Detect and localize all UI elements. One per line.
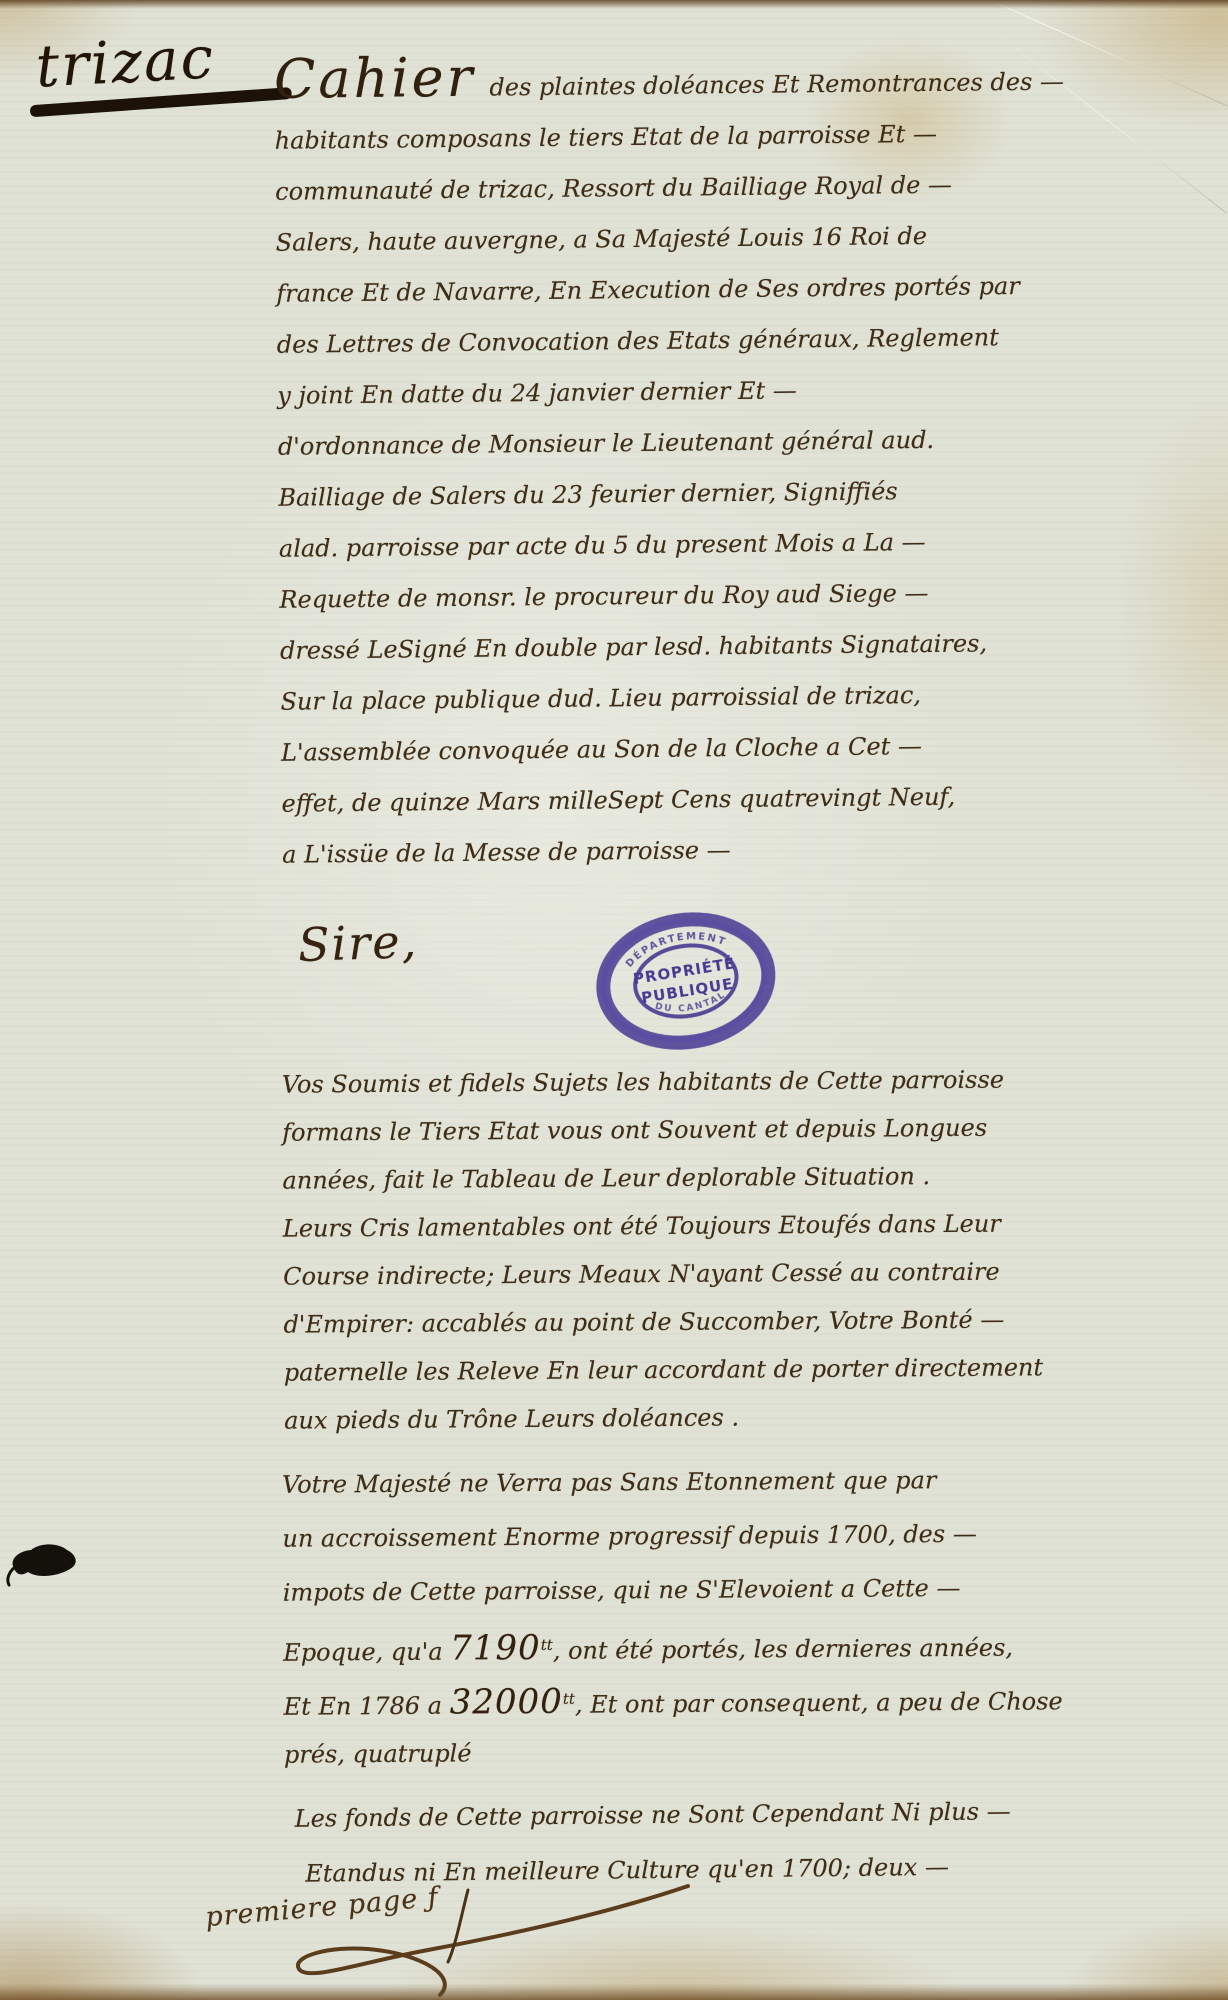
manuscript-line: Votre Majesté ne Verra pas Sans Etonneme… [282,1452,1061,1511]
livre-mark: tt [563,1690,575,1708]
manuscript-line: a L'issüe de la Messe de parroisse — [282,822,1002,881]
manuscript-line: d'Empirer: accablés au point de Succombe… [283,1295,1043,1348]
title-line-rest: des plaintes doléances Et Remontrances d… [489,68,1064,102]
manuscript-line: un accroissement Enorme progressif depui… [282,1506,1061,1565]
manuscript-line: Les fonds de Cette parroisse ne Sont Cep… [294,1784,1010,1846]
livre-mark: tt [541,1636,553,1654]
manuscript-line: dressé LeSigné En double par lesd. habit… [280,618,1000,677]
manuscript-line-tax-1786: Et En 1786 a 32000tt, Et ont par consequ… [283,1668,1062,1727]
tax-line-pre: Epoque, qu'a [283,1638,450,1667]
archive-stamp: DÉPARTEMENT DU CANTAL PROPRIÉTÉ PUBLIQUE [586,899,786,1065]
manuscript-line: communauté de trizac, Ressort du Baillia… [275,159,995,218]
manuscript-line: paternelle les Releve En leur accordant … [284,1343,1044,1396]
manuscript-line: Course indirecte; Leurs Meaux N'ayant Ce… [283,1247,1043,1300]
manuscript-line: impots de Cette parroisse, qui ne S'Elev… [283,1560,1062,1619]
manuscript-line: des Lettres de Convocation des Etats gén… [277,312,997,371]
body-paragraph-2: Votre Majesté ne Verra pas Sans Etonneme… [282,1452,1063,1781]
manuscript-line: Vos Soumis et fidels Sujets les habitant… [282,1055,1042,1108]
tax-amount-1700: 7190 [450,1628,541,1669]
paraph-stroke [448,1890,468,1962]
manuscript-line: habitants composans le tiers Etat de la … [274,108,994,167]
manuscript-line: effet, de quinze Mars milleSept Cens qua… [281,771,1001,830]
salutation: Sire, [297,914,419,972]
paper-crease [989,28,1226,213]
manuscript-line: Cahierdes plaintes doléances Et Remontra… [274,36,995,116]
manuscript-line: alad. parroisse par acte du 5 du present… [279,516,999,575]
tax-line-post: , Et ont par consequent, a peu de Chose [575,1687,1063,1718]
ink-blot [13,1544,76,1576]
manuscript-line: france Et de Navarre, En Execution de Se… [276,261,996,320]
title-word: Cahier [274,46,476,111]
margin-annotation-text: trizac [34,19,291,100]
tax-amount-1786: 32000 [449,1682,562,1723]
manuscript-line: d'ordonnance de Monsieur le Lieutenant g… [278,414,998,473]
manuscript-line: Requette de monsr. le procureur du Roy a… [279,567,999,626]
margin-annotation: trizac [34,19,292,114]
manuscript-line: Leurs Cris lamentables ont été Toujours … [283,1199,1043,1252]
manuscript-line: Bailliage de Salers du 23 feurier dernie… [278,465,998,524]
manuscript-line: années, fait le Tableau de Leur deplorab… [282,1151,1042,1204]
manuscript-line: aux pieds du Trône Leurs doléances . [284,1391,1044,1444]
manuscript-line: Sur la place publique dud. Lieu parroiss… [280,669,1000,728]
tax-line-post: , ont été portés, les dernieres années, [553,1634,1013,1665]
manuscript-line: prés, quatruplé [284,1722,1063,1781]
manuscript-line: Salers, haute auvergne, a Sa Majesté Lou… [275,210,995,269]
manuscript-line: y joint En datte du 24 janvier dernier E… [277,363,997,422]
manuscript-line-tax-1700: Epoque, qu'a 7190tt, ont été portés, les… [283,1614,1062,1673]
ink-blot-tail [8,1567,15,1585]
manuscript-line: L'assemblée convoquée au Son de la Cloch… [281,720,1001,779]
title-block: Cahierdes plaintes doléances Et Remontra… [274,36,1003,880]
body-paragraph-1: Vos Soumis et fidels Sujets les habitant… [282,1055,1044,1444]
tax-line-pre: Et En 1786 a [284,1692,450,1721]
manuscript-line: formans le Tiers Etat vous ont Souvent e… [282,1103,1042,1156]
manuscript-page: trizac Cahierdes plaintes doléances Et R… [0,0,1228,2000]
